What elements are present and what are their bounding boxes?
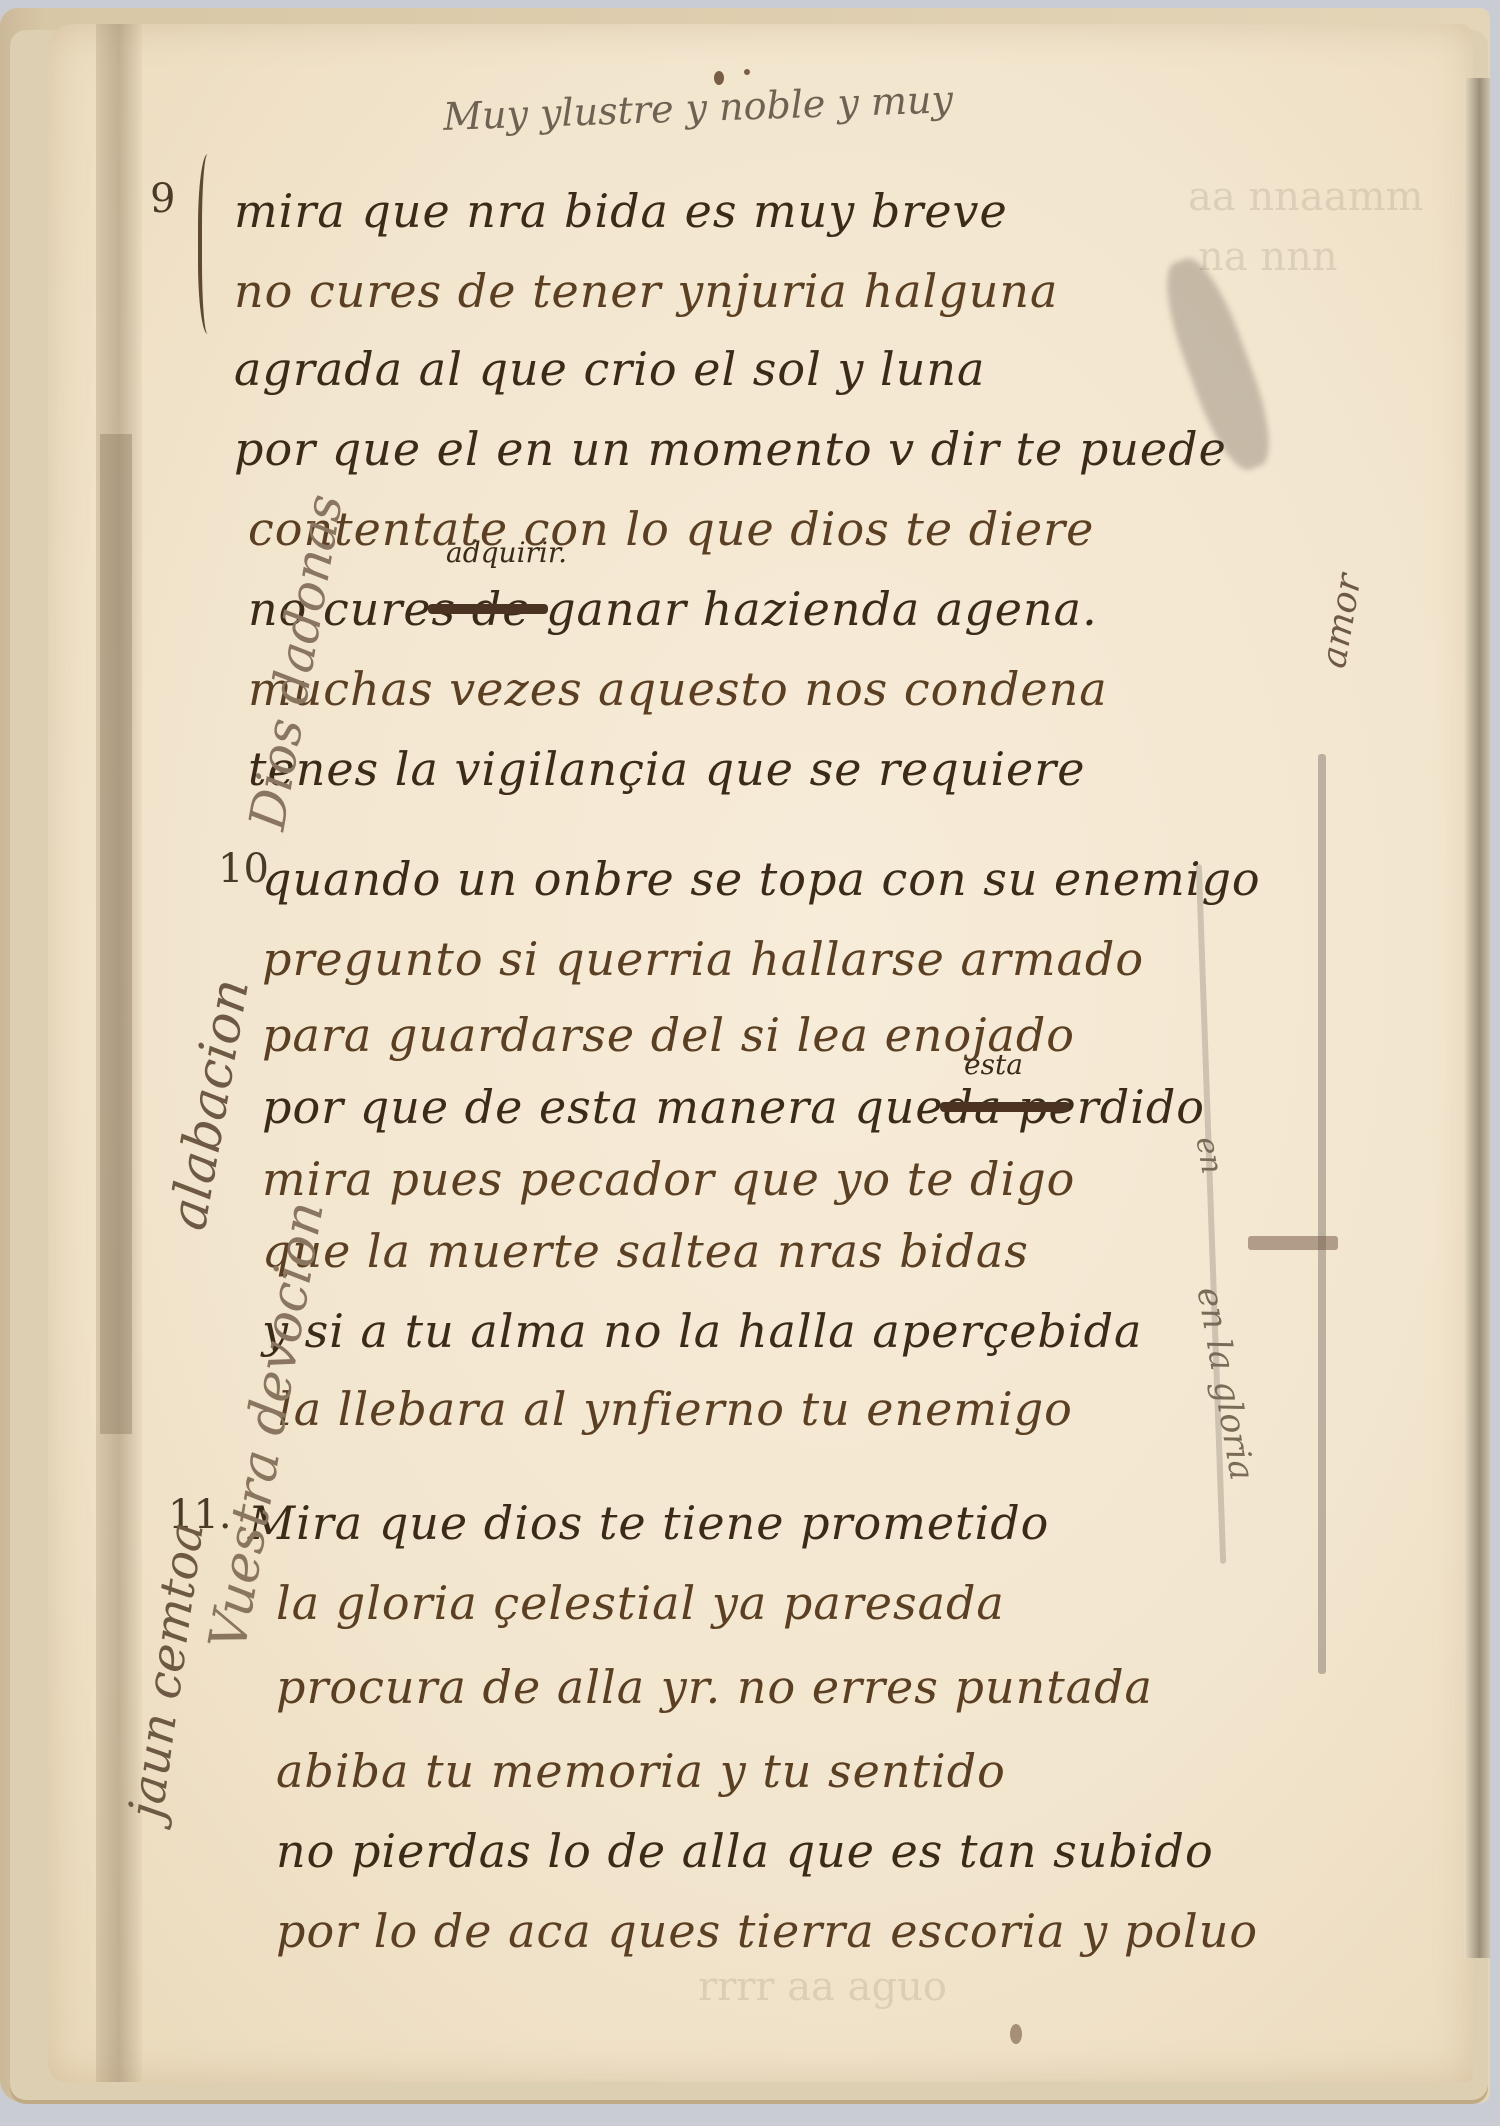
verse-line: mira pues pecador que yo te digo [262, 1152, 1075, 1206]
verse-line: no pierdas lo de alla que es tan subido [276, 1824, 1214, 1878]
verse-line: y si a tu alma no la halla aperçebida [262, 1304, 1142, 1358]
strikethrough [428, 604, 548, 614]
verse-line: no cures de tener ynjuria halguna [234, 264, 1058, 318]
verse-number: 9 [150, 176, 175, 222]
manuscript-text: Muy ylustre y noble y muy 9 mira que nra… [48, 24, 1473, 2082]
verse-line: contentate con lo que dios te diere [248, 502, 1094, 556]
verse-line: procura de alla yr. no erres puntada [276, 1660, 1153, 1714]
strikethrough [940, 1102, 1070, 1112]
verse-line: mira que nra bida es muy breve [234, 184, 1008, 238]
verse-line: la llebara al ynfierno tu enemigo [278, 1382, 1073, 1436]
verse-line: abiba tu memoria y tu sentido [276, 1744, 1006, 1798]
verse-line: la gloria çelestial ya paresada [276, 1576, 1005, 1630]
verse-line: agrada al que crio el sol y luna [234, 342, 985, 396]
verse-line: por que el en un momento v dir te puede [234, 422, 1227, 476]
verse-line: Mira que dios te tiene prometido [248, 1496, 1049, 1550]
verse-line: que la muerte salteа nras bidas [262, 1224, 1029, 1278]
ink-bar [1248, 1236, 1338, 1250]
verse-line: por lo de aca ques tierra escoria y polu… [276, 1904, 1258, 1958]
verse-line: pregunto si querria hallarse armado [262, 932, 1144, 986]
interlinear-correction: adquirir. [446, 536, 567, 569]
pen-stroke [1318, 754, 1326, 1674]
verse-line: quando un onbre se topa con su enemigo [262, 852, 1261, 906]
verse-brace [198, 154, 222, 334]
manuscript-page: aa nnaamm na nnn rrrr aa aguo Muy ylustr… [48, 24, 1473, 2082]
interlinear-correction: esta [964, 1048, 1023, 1081]
page-edge [1464, 78, 1490, 1958]
header-dedication: Muy ylustre y noble y muy [442, 77, 953, 139]
verse-line: tenes la vigilançia que se requiere [248, 742, 1085, 796]
book-volume: aa nnaamm na nnn rrrr aa aguo Muy ylustr… [0, 8, 1490, 2103]
verse-line: para guardarse del si lea enojado [262, 1008, 1075, 1062]
verse-line: no cures de ganar hazienda agena. [248, 582, 1098, 636]
verse-line: muchas vezes aquesto nos condena [248, 662, 1108, 716]
